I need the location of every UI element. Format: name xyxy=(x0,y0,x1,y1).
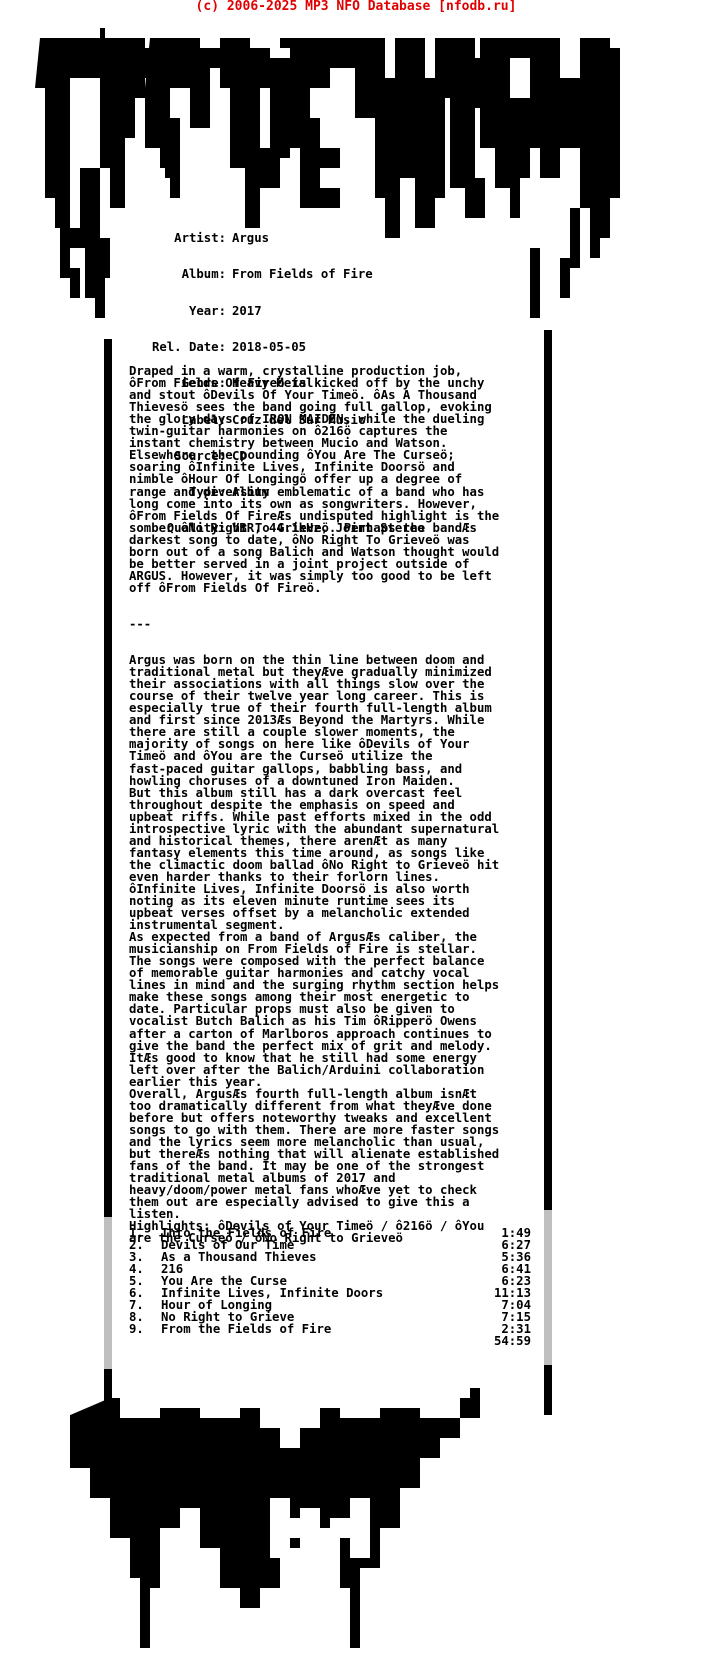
spider-art-icon xyxy=(70,1378,580,1648)
meta-album: Album:From Fields of Fire xyxy=(126,268,425,280)
meta-year: Year:2017 xyxy=(126,305,425,317)
meta-artist: Artist:Argus xyxy=(126,232,425,244)
separator: --- xyxy=(129,618,543,630)
dither-pattern xyxy=(104,1217,112,1369)
review-paragraph-1: Draped in a warm, crystalline production… xyxy=(129,365,543,594)
review-text: Draped in a warm, crystalline production… xyxy=(129,353,543,1256)
nfodb-credit: (c) 2006-2025 MP3 NFO Database [nfodb.ru… xyxy=(0,0,712,14)
meta-key: Album: xyxy=(126,268,226,280)
spider-art xyxy=(70,1378,580,1648)
track-number: 9. xyxy=(129,1323,161,1335)
meta-value: 2017 xyxy=(226,305,262,317)
total-duration: 54:59 xyxy=(129,1335,531,1347)
dither-pattern xyxy=(544,1210,552,1365)
meta-key: Year: xyxy=(126,305,226,317)
meta-value: From Fields of Fire xyxy=(226,268,373,280)
track-title: From the Fields of Fire xyxy=(161,1323,471,1335)
meta-rel-date: Rel. Date:2018-05-05 xyxy=(126,341,425,353)
left-border-art xyxy=(104,339,112,1415)
track-row: 9.From the Fields of Fire2:31 xyxy=(129,1323,531,1335)
right-border-art xyxy=(544,330,552,1415)
meta-key: Artist: xyxy=(126,232,226,244)
tracklist: 1.Into the Fields of Fire1:49 2.Devils o… xyxy=(129,1227,531,1347)
meta-value: 2018-05-05 xyxy=(226,341,306,353)
meta-key: Rel. Date: xyxy=(126,341,226,353)
track-title: As a Thousand Thieves xyxy=(161,1251,471,1263)
meta-value: Argus xyxy=(226,232,269,244)
track-row: 3.As a Thousand Thieves5:36 xyxy=(129,1251,531,1263)
review-paragraph-2: Argus was born on the thin line between … xyxy=(129,654,543,1244)
